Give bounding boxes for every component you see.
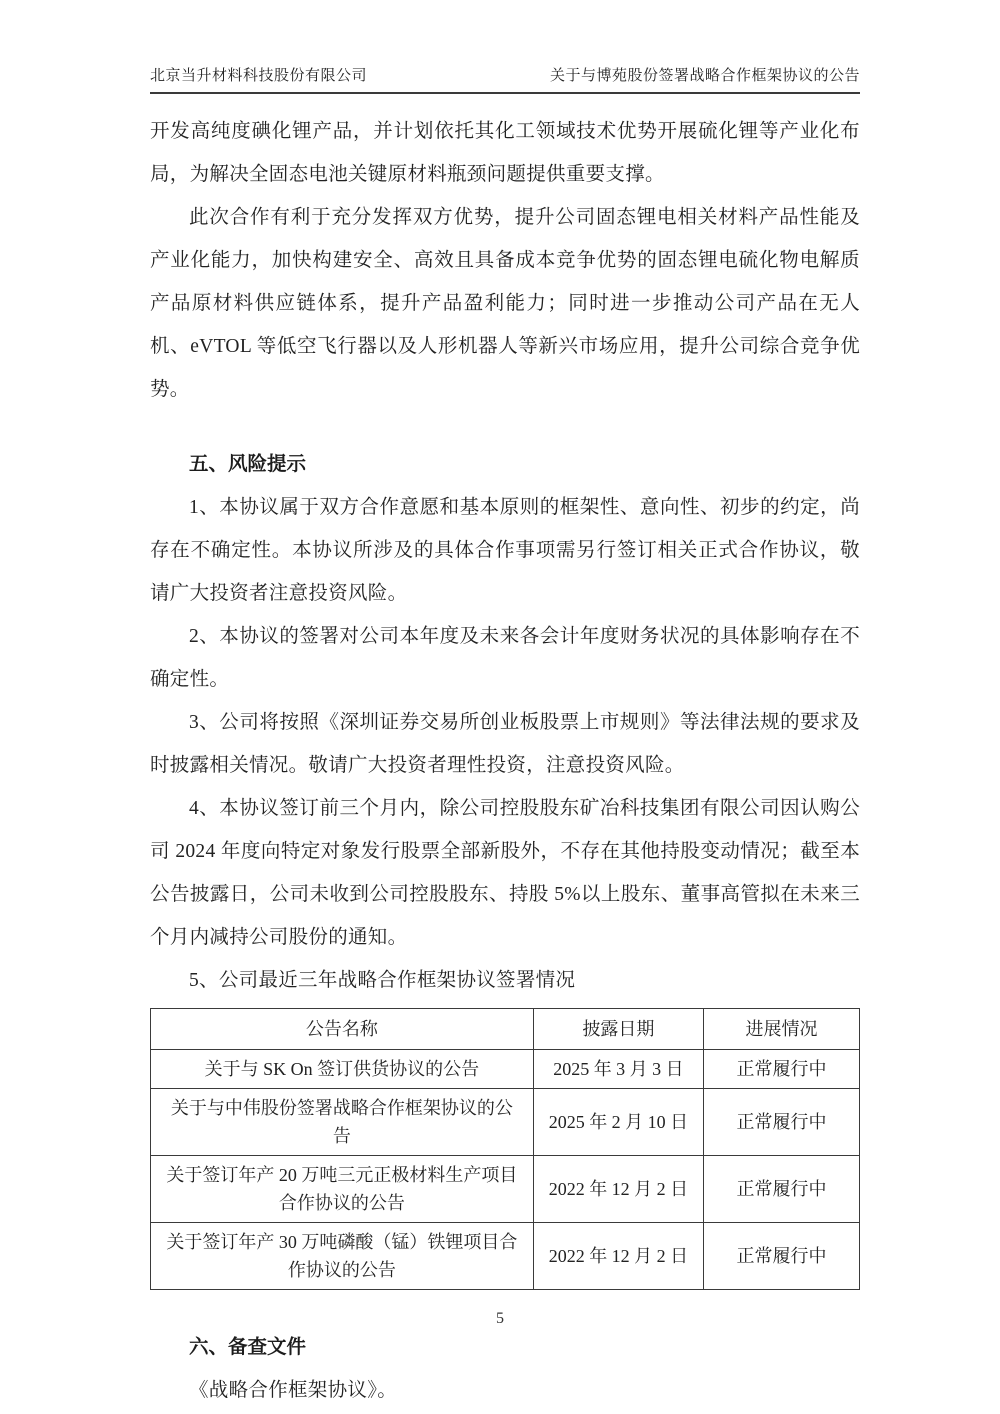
agreements-table: 公告名称 披露日期 进展情况 关于与 SK On 签订供货协议的公告 2025 …	[150, 1008, 860, 1290]
cell-announcement-name: 关于与 SK On 签订供货协议的公告	[151, 1050, 534, 1089]
column-header-disclosure-date: 披露日期	[533, 1009, 703, 1050]
agreements-table-header: 公告名称 披露日期 进展情况	[151, 1009, 860, 1050]
cell-disclosure-date: 2025 年 3 月 3 日	[533, 1050, 703, 1089]
cell-disclosure-date: 2022 年 12 月 2 日	[533, 1223, 703, 1290]
cell-disclosure-date: 2025 年 2 月 10 日	[533, 1089, 703, 1156]
cell-announcement-name: 关于与中伟股份签署战略合作框架协议的公告	[151, 1089, 534, 1156]
paragraph-continuation: 开发高纯度碘化锂产品，并计划依托其化工领域技术优势开展硫化锂等产业化布局，为解决…	[150, 110, 860, 196]
cell-progress-status: 正常履行中	[704, 1223, 860, 1290]
table-row: 关于与中伟股份签署战略合作框架协议的公告 2025 年 2 月 10 日 正常履…	[151, 1089, 860, 1156]
section6-heading: 六、备查文件	[150, 1326, 860, 1369]
table-row: 关于签订年产 20 万吨三元正极材料生产项目合作协议的公告 2022 年 12 …	[151, 1156, 860, 1223]
risk-item-1: 1、本协议属于双方合作意愿和基本原则的框架性、意向性、初步的约定，尚存在不确定性…	[150, 486, 860, 615]
cell-progress-status: 正常履行中	[704, 1156, 860, 1223]
header-company-name: 北京当升材料科技股份有限公司	[150, 64, 367, 85]
document-content: 开发高纯度碘化锂产品，并计划依托其化工领域技术优势开展硫化锂等产业化布局，为解决…	[150, 110, 860, 1412]
cell-announcement-name: 关于签订年产 30 万吨磷酸（锰）铁锂项目合作协议的公告	[151, 1223, 534, 1290]
paragraph-cooperation-benefit: 此次合作有利于充分发挥双方优势，提升公司固态锂电相关材料产品性能及产业化能力，加…	[150, 196, 860, 411]
cell-progress-status: 正常履行中	[704, 1050, 860, 1089]
section5-heading: 五、风险提示	[150, 443, 860, 486]
risk-item-5: 5、公司最近三年战略合作框架协议签署情况	[150, 959, 860, 1002]
page-number: 5	[0, 1310, 1000, 1328]
table-row: 关于签订年产 30 万吨磷酸（锰）铁锂项目合作协议的公告 2022 年 12 月…	[151, 1223, 860, 1290]
column-header-announcement-name: 公告名称	[151, 1009, 534, 1050]
header-announcement-title: 关于与博苑股份签署战略合作框架协议的公告	[550, 64, 860, 85]
document-page: 北京当升材料科技股份有限公司 关于与博苑股份签署战略合作框架协议的公告 开发高纯…	[0, 0, 1000, 1414]
risk-item-2: 2、本协议的签署对公司本年度及未来各会计年度财务状况的具体影响存在不确定性。	[150, 615, 860, 701]
cell-announcement-name: 关于签订年产 20 万吨三元正极材料生产项目合作协议的公告	[151, 1156, 534, 1223]
column-header-progress-status: 进展情况	[704, 1009, 860, 1050]
cell-disclosure-date: 2022 年 12 月 2 日	[533, 1156, 703, 1223]
reference-document-line: 《战略合作框架协议》。	[150, 1369, 860, 1412]
cell-progress-status: 正常履行中	[704, 1089, 860, 1156]
risk-item-3: 3、公司将按照《深圳证券交易所创业板股票上市规则》等法律法规的要求及时披露相关情…	[150, 701, 860, 787]
table-row: 关于与 SK On 签订供货协议的公告 2025 年 3 月 3 日 正常履行中	[151, 1050, 860, 1089]
table-header-row: 公告名称 披露日期 进展情况	[151, 1009, 860, 1050]
page-header: 北京当升材料科技股份有限公司 关于与博苑股份签署战略合作框架协议的公告	[150, 64, 860, 94]
risk-item-4: 4、本协议签订前三个月内，除公司控股股东矿冶科技集团有限公司因认购公司 2024…	[150, 787, 860, 959]
